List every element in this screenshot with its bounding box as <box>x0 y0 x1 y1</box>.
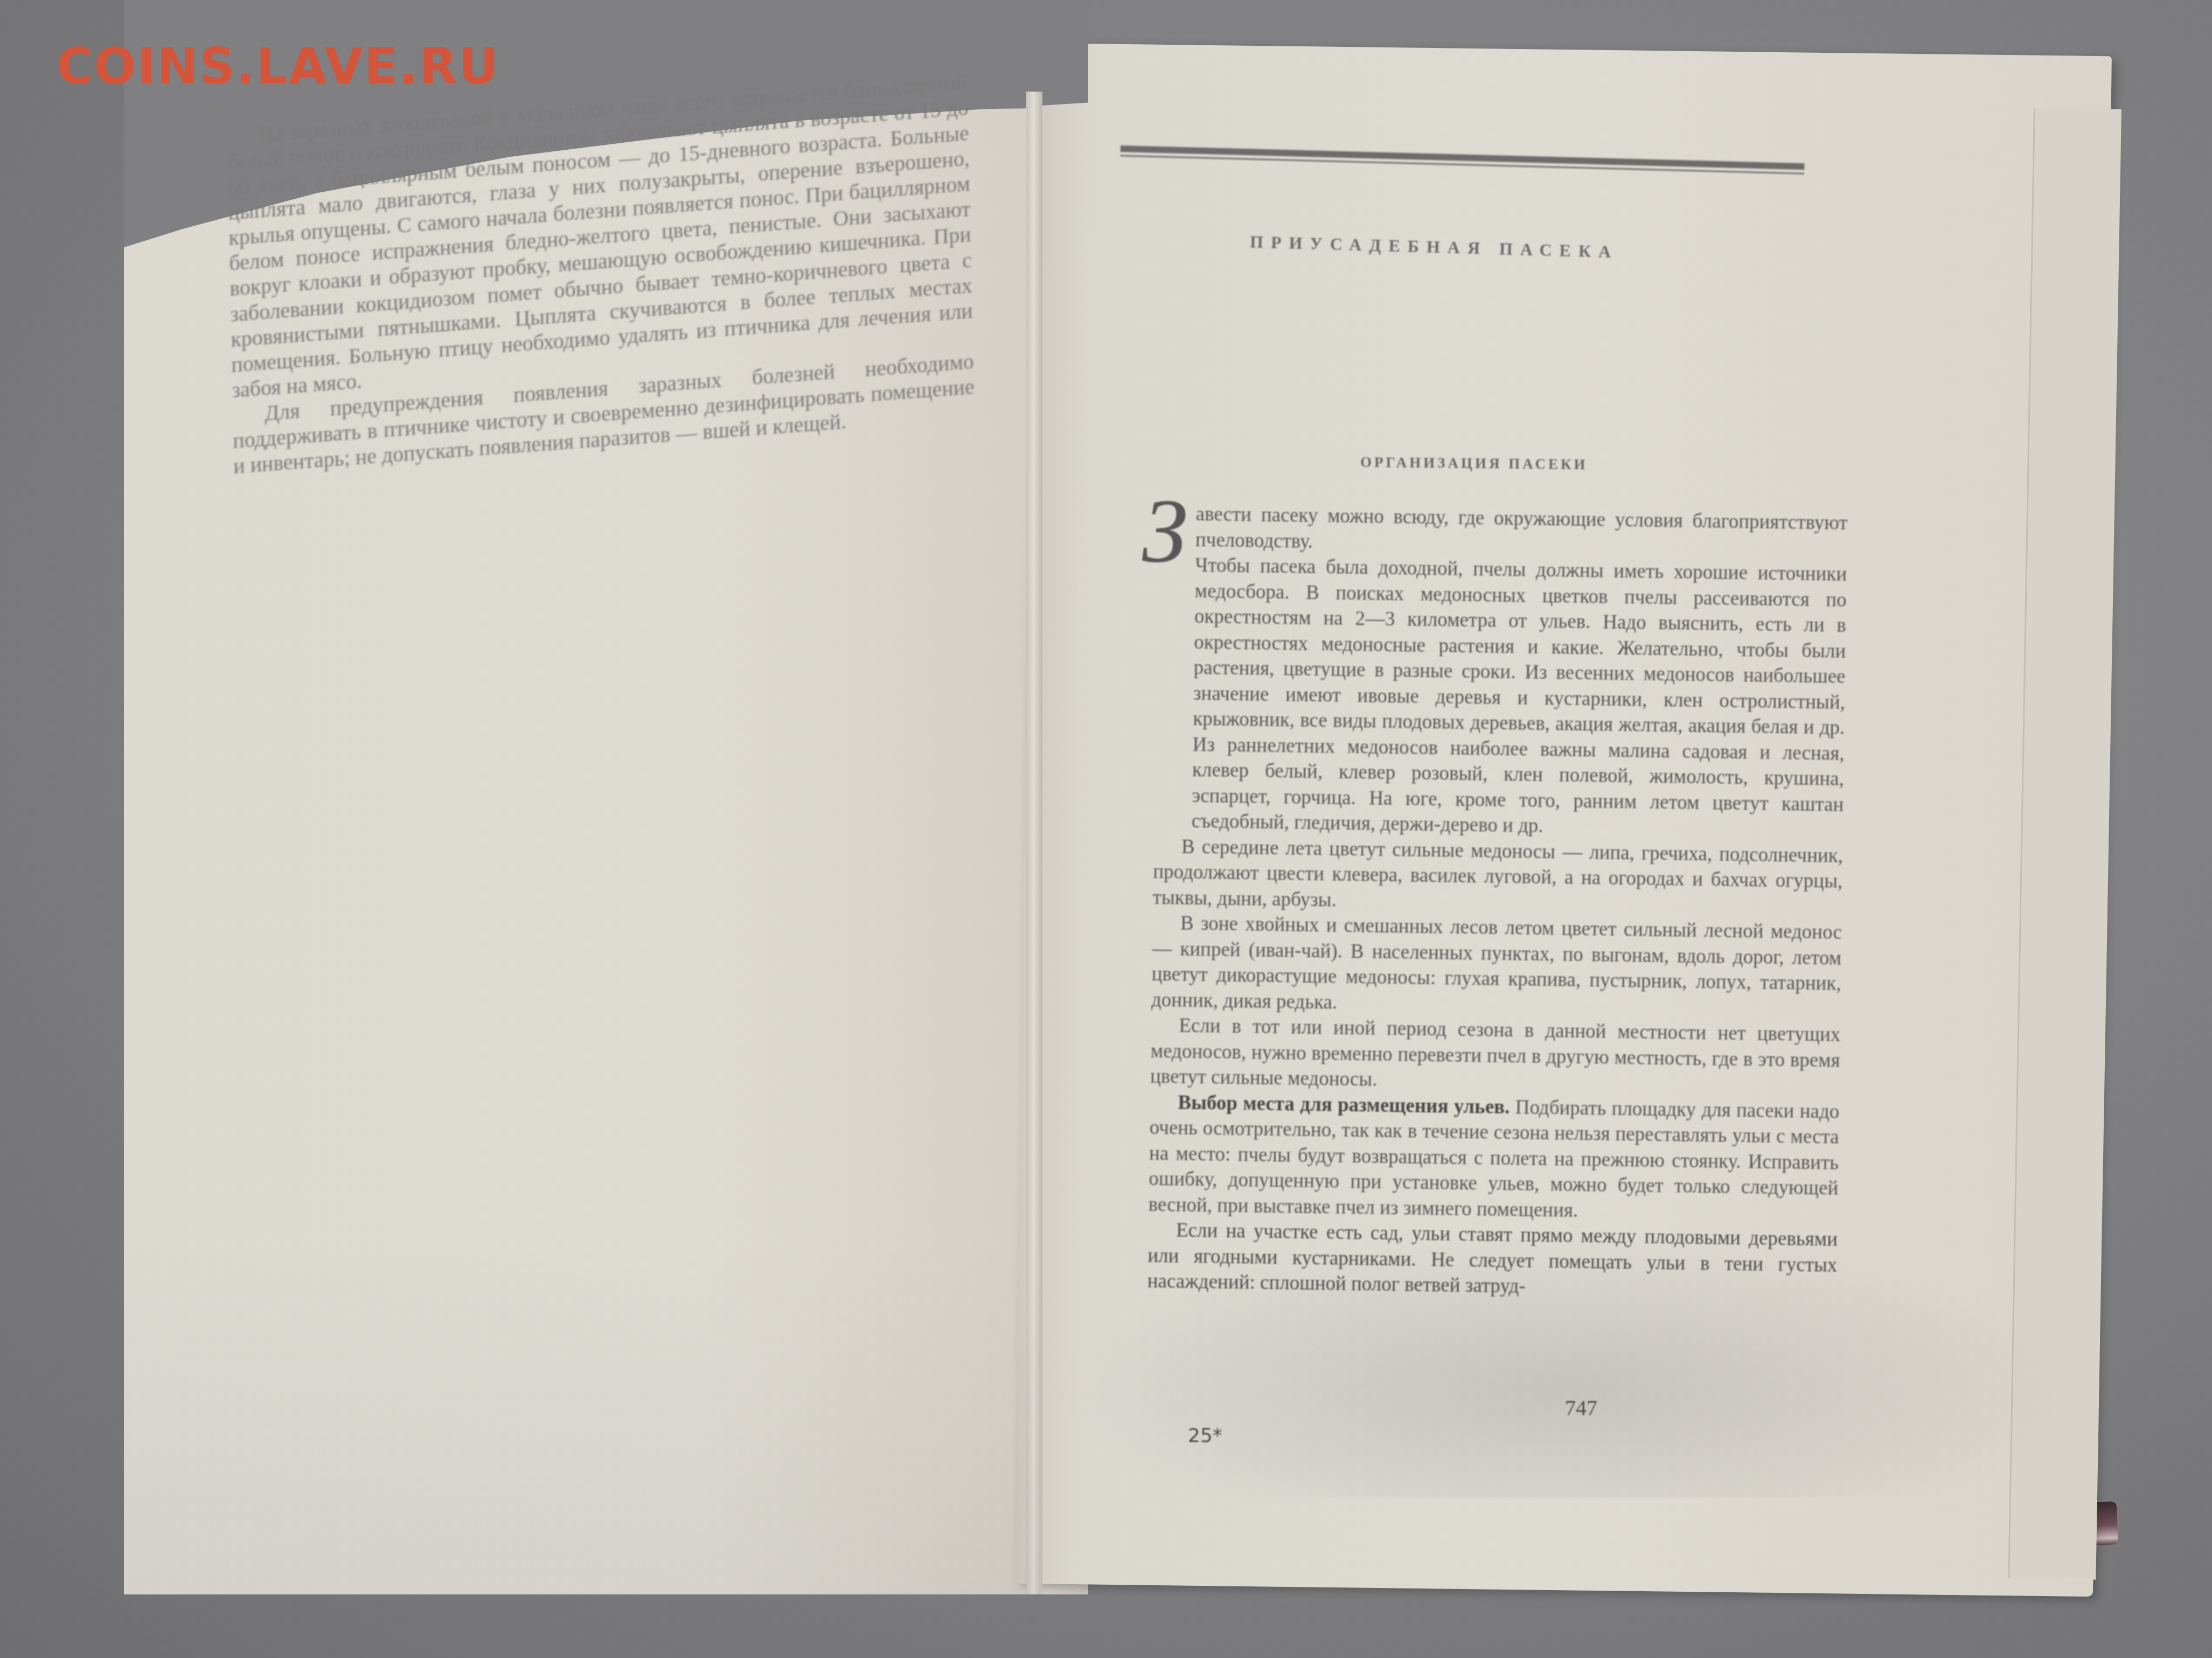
watermark: COINS.LAVE.RU <box>57 38 499 95</box>
left-page-text: Из заразных заболеваний у молодняка чаще… <box>226 69 975 479</box>
right-paragraph: Если в тот или иной период сезона в данн… <box>1150 1013 1841 1099</box>
page-number: 747 <box>1565 1395 1597 1420</box>
book-gutter <box>1026 92 1042 1594</box>
run-in-heading: Выбор места для размещения ульев. <box>1178 1091 1510 1118</box>
right-paragraph-placement: Выбор места для размещения ульев. Подбир… <box>1148 1089 1839 1227</box>
section-title: ОРГАНИЗАЦИЯ ПАСЕКИ <box>1360 454 1588 473</box>
right-paragraph: В середине лета цветут сильные медоносы … <box>1152 833 1843 919</box>
right-paragraph: Если на участке есть сад, ульи ставят пр… <box>1147 1217 1838 1304</box>
signature-mark: 25* <box>1188 1425 1222 1447</box>
right-paragraph-intro: авести пасеку можно всюду, где окружающи… <box>1158 501 1848 562</box>
left-paragraph: Из заразных заболеваний у молодняка чаще… <box>226 69 973 403</box>
right-paragraph: В зоне хвойных и смешанных лесов летом ц… <box>1151 910 1842 1022</box>
right-paragraph: Чтобы пасека была доходной, пчелы должны… <box>1153 552 1847 843</box>
right-page-text: авести пасеку можно всюду, где окружающи… <box>1147 501 1847 1304</box>
